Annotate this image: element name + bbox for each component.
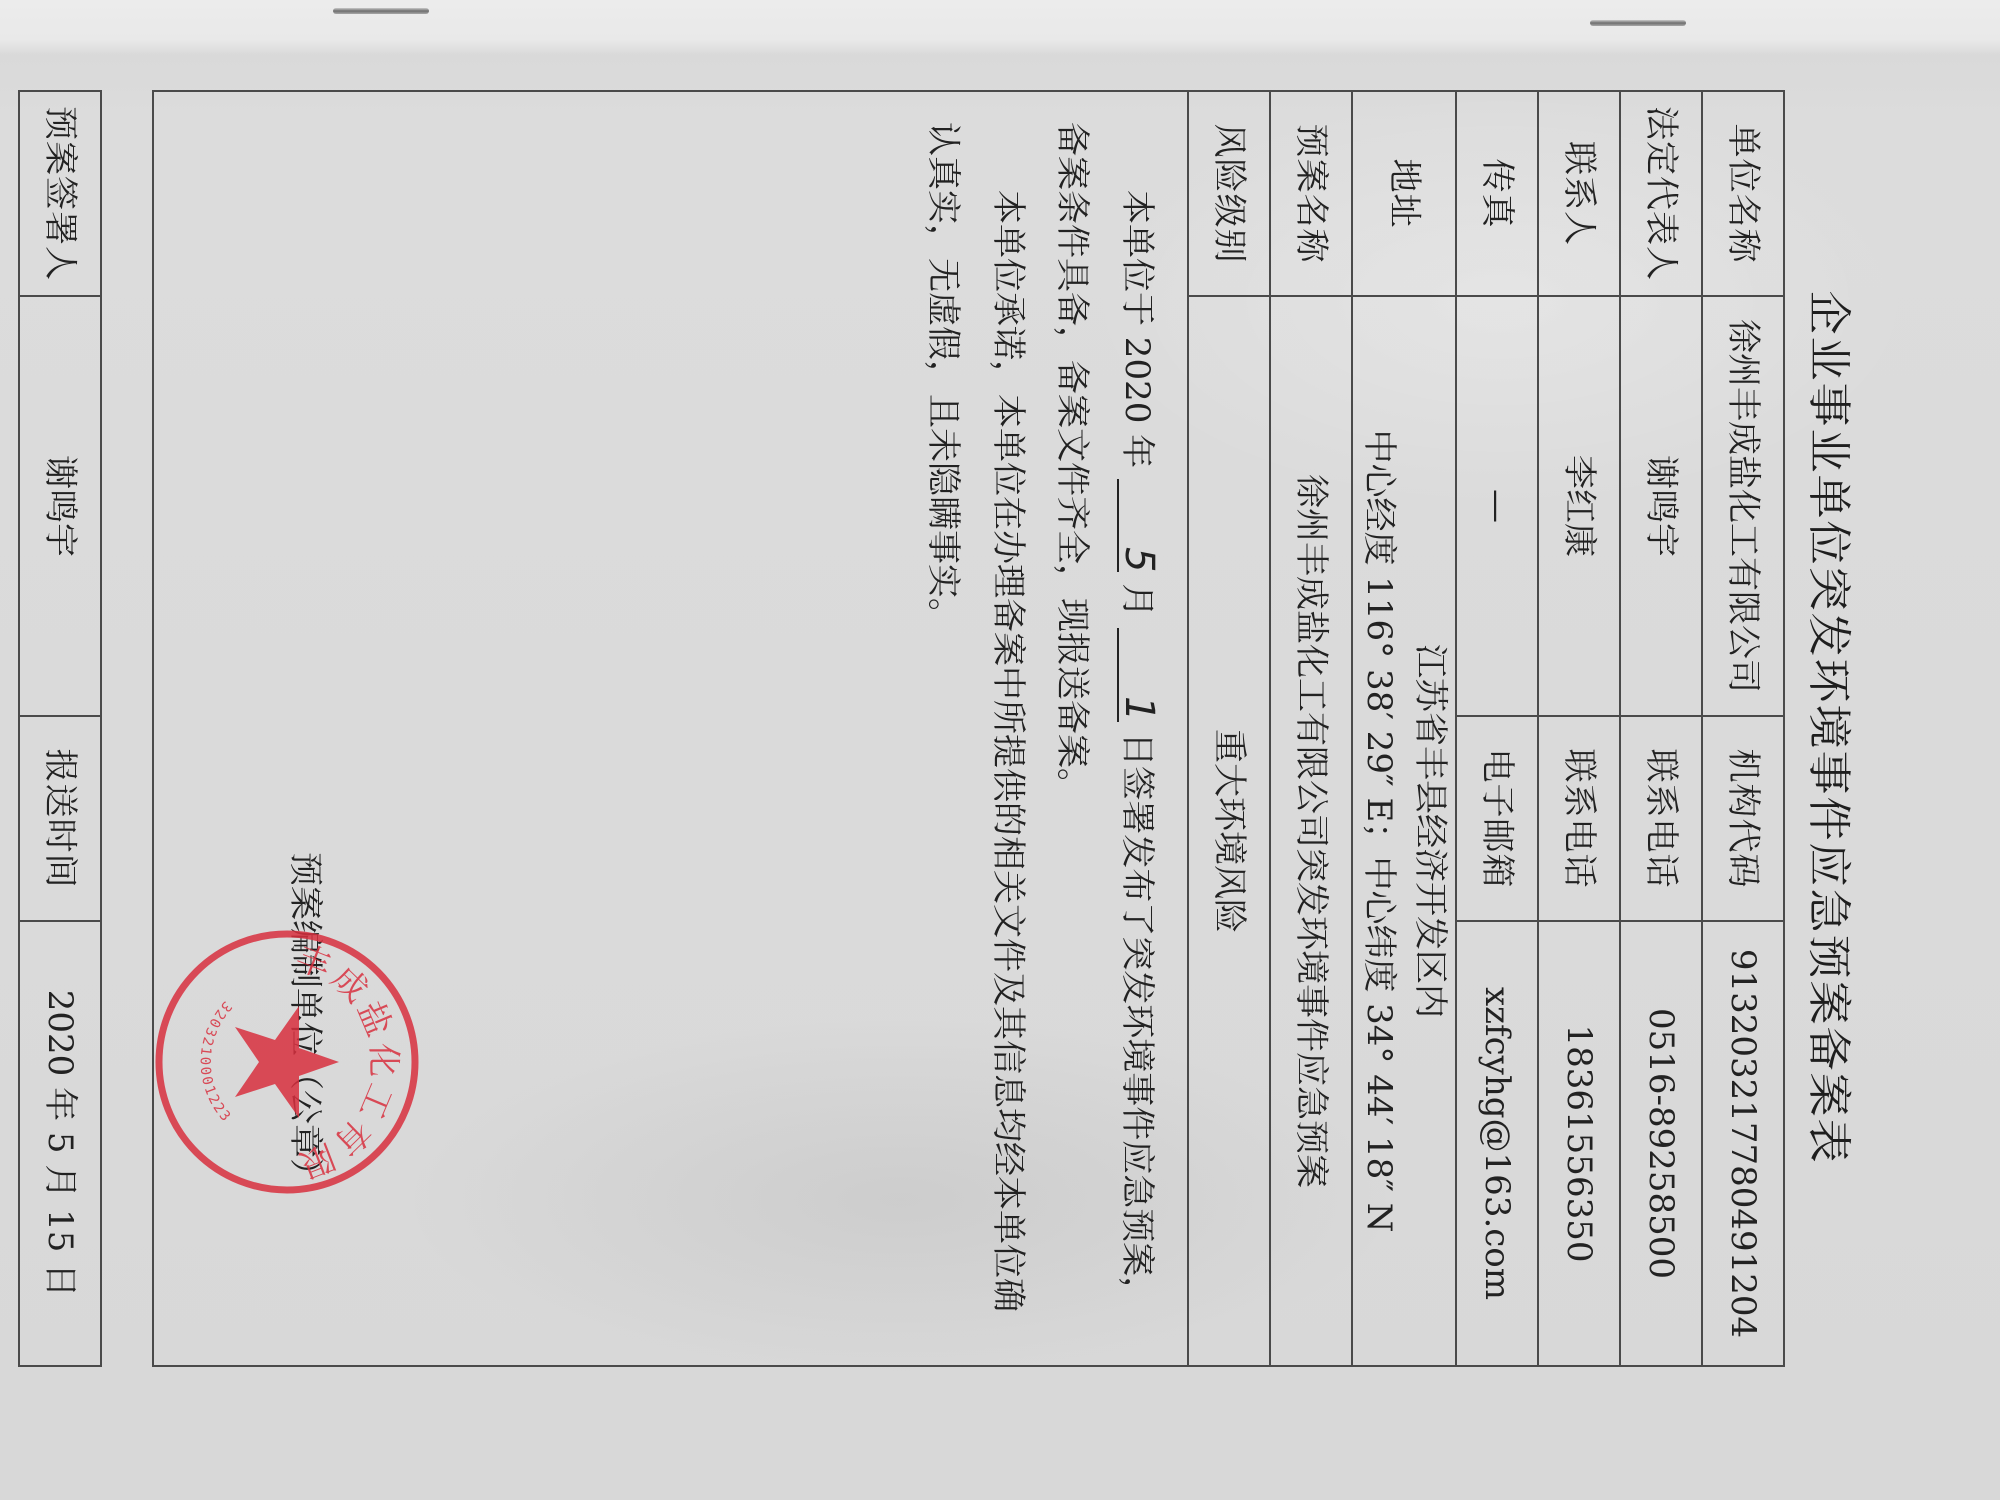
handwritten-day: 1 <box>1117 628 1159 721</box>
risk-level-value: 重大环境风险 <box>1188 296 1270 1366</box>
staple-icon <box>1590 20 1686 26</box>
handwritten-month: 5 <box>1117 479 1159 572</box>
org-code-value: 913203217780491204 <box>1702 921 1784 1366</box>
info-table: 单位名称 徐州丰成盐化工有限公司 机构代码 913203217780491204… <box>152 90 1785 1367</box>
unit-name-label: 单位名称 <box>1702 91 1784 296</box>
compiler-seal-label: 预案编制单位（公章） <box>283 852 327 1192</box>
staple-icon <box>333 8 429 14</box>
email-label: 电子邮箱 <box>1456 716 1538 921</box>
statement-block: 本单位于 2020 年 5 月 1 日签署发布了突发环境事件应急预案，备案条件具… <box>153 91 1188 1366</box>
risk-level-label: 风险级别 <box>1188 91 1270 296</box>
filing-form: 企业事业单位突发环境事件应急预案备案表 单位名称 徐州丰成盐化工有限公司 机构代… <box>122 90 1785 1365</box>
svg-text:3203210001223: 3203210001223 <box>197 998 235 1126</box>
unit-name-value: 徐州丰成盐化工有限公司 <box>1702 296 1784 716</box>
plan-name-value: 徐州丰成盐化工有限公司突发环境事件应急预案 <box>1270 296 1352 1366</box>
signer-value: 谢鸣宇 <box>19 296 101 716</box>
table-row: 预案名称 徐州丰成盐化工有限公司突发环境事件应急预案 <box>1270 91 1352 1366</box>
statement-text: 月 <box>1117 583 1157 617</box>
table-row: 风险级别 重大环境风险 <box>1188 91 1270 1366</box>
legal-rep-label: 法定代表人 <box>1620 91 1702 296</box>
submit-time-value: 2020 年 5 月 15 日 <box>19 921 101 1366</box>
phone-value: 0516-89258500 <box>1620 921 1702 1366</box>
signature-table: 预案签署人 谢鸣宇 报送时间 2020 年 5 月 15 日 <box>18 90 102 1367</box>
table-row: 法定代表人 谢鸣宇 联系电话 0516-89258500 <box>1620 91 1702 1366</box>
contact-phone-value: 18361556350 <box>1538 921 1620 1366</box>
address-line: 江苏省丰县经济开发区内 <box>1404 303 1455 1359</box>
statement-paragraph-1: 本单位于 2020 年 5 月 1 日签署发布了突发环境事件应急预案，备案条件具… <box>1040 122 1169 1335</box>
plan-name-label: 预案名称 <box>1270 91 1352 296</box>
table-row: 单位名称 徐州丰成盐化工有限公司 机构代码 913203217780491204 <box>1702 91 1784 1366</box>
contact-phone-label: 联系电话 <box>1538 716 1620 921</box>
legal-rep-value: 谢鸣宇 <box>1620 296 1702 716</box>
address-value: 江苏省丰县经济开发区内 中心经度 116° 38′ 29″ E；中心纬度 34°… <box>1352 296 1456 1366</box>
org-code-label: 机构代码 <box>1702 716 1784 921</box>
table-row: 传真 — 电子邮箱 xzfcyhg@163.com <box>1456 91 1538 1366</box>
form-title: 企业事业单位突发环境事件应急预案备案表 <box>1801 90 1865 1365</box>
signer-label: 预案签署人 <box>19 91 101 296</box>
contact-label: 联系人 <box>1538 91 1620 296</box>
statement-paragraph-2: 本单位承诺，本单位在办理备案中所提供的相关文件及其信息均经本单位确认真实，无虚假… <box>911 122 1040 1335</box>
contact-value: 李红康 <box>1538 296 1620 716</box>
email-value: xzfcyhg@163.com <box>1456 921 1538 1366</box>
table-row: 预案签署人 谢鸣宇 报送时间 2020 年 5 月 15 日 <box>19 91 101 1366</box>
coordinates: 中心经度 116° 38′ 29″ E；中心纬度 34° 44′ 18″ N <box>1353 303 1404 1359</box>
table-row: 本单位于 2020 年 5 月 1 日签署发布了突发环境事件应急预案，备案条件具… <box>153 91 1188 1366</box>
phone-label: 联系电话 <box>1620 716 1702 921</box>
table-row: 地址 江苏省丰县经济开发区内 中心经度 116° 38′ 29″ E；中心纬度 … <box>1352 91 1456 1366</box>
statement-text: 本单位于 2020 年 <box>1117 190 1157 468</box>
fax-label: 传真 <box>1456 91 1538 296</box>
table-row: 联系人 李红康 联系电话 18361556350 <box>1538 91 1620 1366</box>
submit-time-label: 报送时间 <box>19 716 101 921</box>
fax-value: — <box>1456 296 1538 716</box>
address-label: 地址 <box>1352 91 1456 296</box>
